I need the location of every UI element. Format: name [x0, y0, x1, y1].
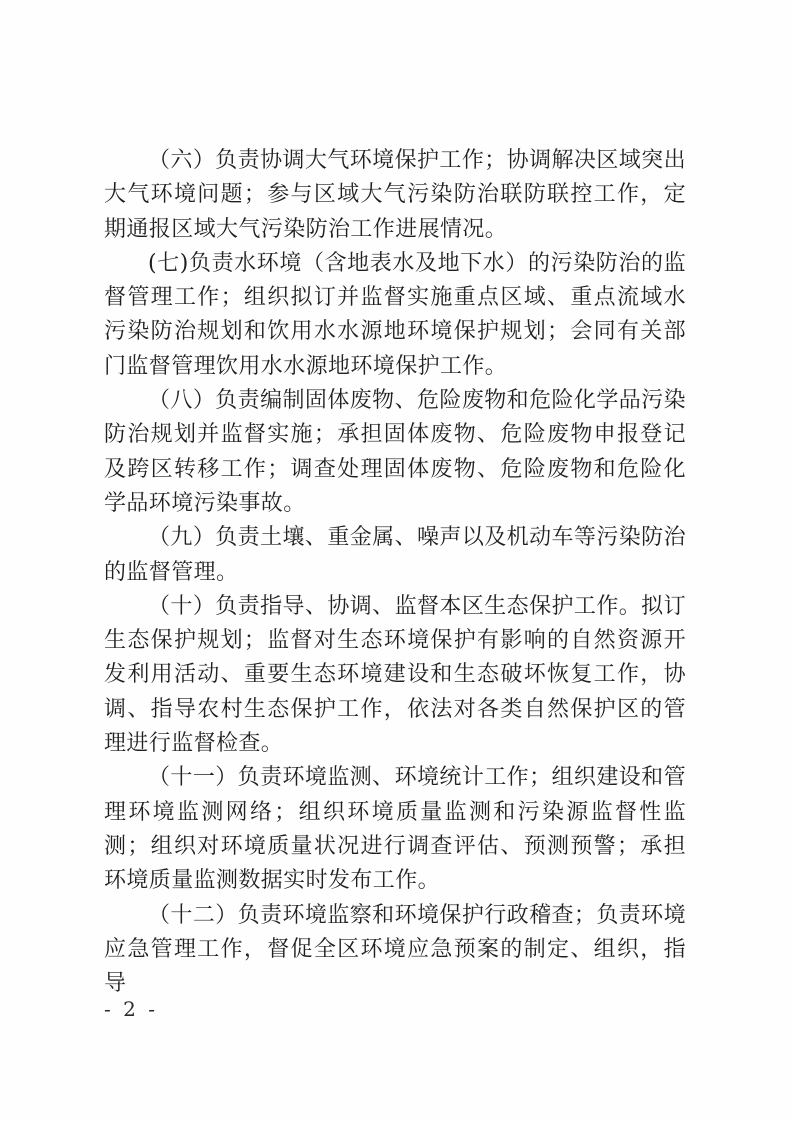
paragraph-item-6: （六）负责协调大气环境保护工作；协调解决区域突出大气环境问题；参与区域大气污染防…: [104, 144, 686, 247]
paragraph-item-9: （九）负责土壤、重金属、噪声以及机动车等污染防治的监督管理。: [104, 521, 686, 590]
paragraph-item-8: （八）负责编制固体废物、危险废物和危险化学品污染防治规划并监督实施；承担固体废物…: [104, 384, 686, 521]
paragraph-item-10: （十）负责指导、协调、监督本区生态保护工作。拟订生态保护规划；监督对生态环境保护…: [104, 590, 686, 761]
paragraph-item-7: (七)负责水环境（含地表水及地下水）的污染防治的监督管理工作；组织拟订并监督实施…: [104, 247, 686, 384]
document-page: （六）负责协调大气环境保护工作；协调解决区域突出大气环境问题；参与区域大气污染防…: [0, 0, 793, 1122]
paragraph-item-12: （十二）负责环境监察和环境保护行政稽查；负责环境应急管理工作，督促全区环境应急预…: [104, 899, 686, 1002]
paragraph-item-11: （十一）负责环境监测、环境统计工作；组织建设和管理环境监测网络；组织环境质量监测…: [104, 761, 686, 898]
document-body: （六）负责协调大气环境保护工作；协调解决区域突出大气环境问题；参与区域大气污染防…: [104, 144, 686, 1001]
page-number: - 2 -: [104, 997, 158, 1021]
